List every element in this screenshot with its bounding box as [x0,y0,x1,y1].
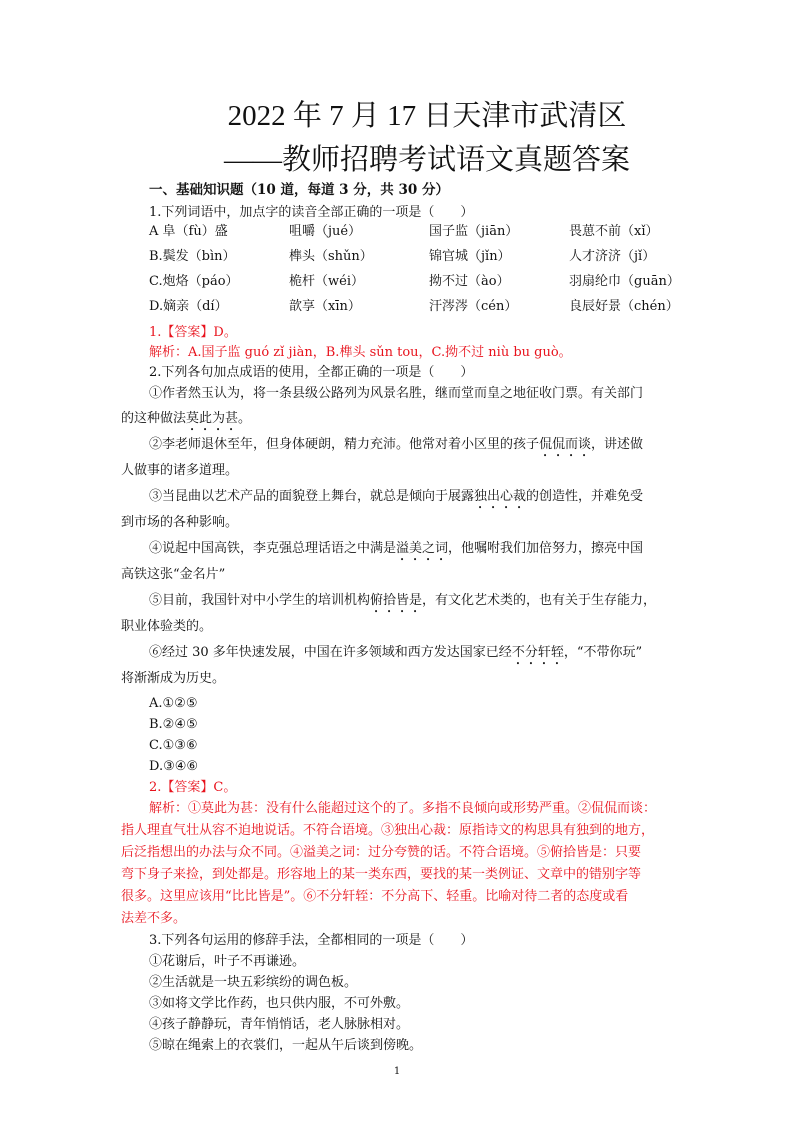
q1-answer: 1.【答案】D。 [149,324,237,342]
q2-answer: 2.【答案】C。 [149,779,236,797]
q1-stem: 1.下列词语中，加点字的读音全部正确的一项是（ ） [149,204,473,222]
text-run: ④说起中国高铁，李克强总理话语之中满是 [149,541,396,556]
q1-option-cell: 歆享（xīn） [289,298,361,316]
q3-item-1: ①花谢后，叶子不再谦逊。 [149,953,305,971]
document-page: 2022 年 7 月 17 日天津市武清区 ——教师招聘考试语文真题答案 一、基… [0,0,794,1123]
q2-item-3-line1: ③当昆曲以艺术产品的面貌登上舞台，就总是倾向于展露独出心裁的创造性，并难免受 [149,488,643,512]
q2-item-2-line2: 人做事的诸多道理。 [121,462,238,480]
q3-item-5: ⑤晾在绳索上的衣裳们，一起从午后谈到傍晚。 [149,1037,422,1055]
q2-analysis-line2: 指人理直气壮从容不迫地说话。不符合语境。③独出心裁：原指诗文的构思具有独到的地方… [121,822,654,840]
document-title-line2: ——教师招聘考试语文真题答案 [0,142,794,178]
emphasized-idiom: 不分轩轾 [512,645,564,660]
q2-choice-d: D.③④⑥ [149,758,198,776]
q2-analysis-line6: 法差不多。 [121,910,186,928]
emphasized-idiom: 独出心裁 [474,489,526,504]
q2-item-6-line1: ⑥经过 30 多年快速发展，中国在许多领域和西方发达国家已经不分轩轾，“不带你玩… [149,644,642,668]
q2-item-2-line1: ②李老师退休至年，但身体硬朗，精力充沛。他常对着小区里的孩子侃侃而谈，讲述做 [149,436,643,460]
section-heading: 一、基础知识题（10 道，每道 3 分，共 30 分） [149,180,449,200]
q2-item-4-line2: 高铁这张“金名片” [121,566,225,584]
q2-item-1-line1: ①作者然玉认为，将一条县级公路列为风景名胜，继而堂而皇之地征收门票。有关部门 [149,385,643,403]
text-run: ，“不带你玩” [564,645,642,660]
q2-item-4-line1: ④说起中国高铁，李克强总理话语之中满是溢美之词，他嘱咐我们加倍努力，擦亮中国 [149,540,643,564]
emphasized-idiom: 溢美之词 [396,541,448,556]
q2-item-6-line2: 将渐渐成为历史。 [121,670,225,688]
q3-item-3: ③如将文学比作药，也只供内服，不可外敷。 [149,995,409,1013]
text-run: ，有文化艺术类的，也有关于生存能力， [422,593,656,608]
q2-analysis-line3: 后泛指想出的办法与众不同。④溢美之词：过分夸赞的话。不符合语境。⑤俯拾皆是：只要 [121,844,641,862]
emphasized-idiom: 侃侃而谈 [539,437,591,452]
q2-item-1-line2: 的这种做法莫此为甚。 [121,410,251,434]
q1-option-cell: 桅杆（wéi） [289,273,364,291]
q2-choice-b: B.②④⑤ [149,716,198,734]
document-title-line1: 2022 年 7 月 17 日天津市武清区 [0,98,794,134]
q2-analysis-line1: 解析：①莫此为甚：没有什么能超过这个的了。多指不良倾向或形势严重。②侃侃而谈： [149,800,656,818]
q2-analysis-line5: 很多。这里应该用“比比皆是”。⑥不分轩轾：不分高下、轻重。比喻对待二者的态度或看 [121,888,628,906]
q1-option-cell: 榫头（shǔn） [289,248,373,266]
q1-option-cell: B.鬓发（bìn） [149,248,236,266]
text-run: ③当昆曲以艺术产品的面貌登上舞台，就总是倾向于展露 [149,489,474,504]
q2-choice-a: A.①②⑤ [149,695,197,713]
q1-option-cell: 人才济济（jǐ） [569,248,655,266]
q1-option-cell: C.炮烙（páo） [149,273,239,291]
text-run: ⑤目前，我国针对中小学生的培训机构 [149,593,370,608]
text-run: ，讲述做 [591,437,643,452]
q2-item-5-line2: 职业体验类的。 [121,618,212,636]
q1-option-cell: 拗不过（ào） [429,273,510,291]
q3-item-4: ④孩子静静玩，青年悄悄话，老人脉脉相对。 [149,1016,409,1034]
q1-analysis: 解析：A.国子监 guó zǐ jiàn，B.榫头 sǔn tou，C.拗不过 … [149,344,572,362]
q1-option-cell: A 阜（fù）盛 [149,223,228,241]
q1-option-cell: 良辰好景（chén） [569,298,679,316]
emphasized-idiom: 莫此为甚 [186,411,238,426]
q2-stem: 2.下列各句加点成语的使用，全都正确的一项是（ ） [149,364,473,382]
q1-option-cell: D.嫡亲（dí） [149,298,228,316]
q1-option-cell: 锦官城（jǐn） [429,248,511,266]
q3-item-2: ②生活就是一块五彩缤纷的调色板。 [149,974,357,992]
text-run: ②李老师退休至年，但身体硬朗，精力充沛。他常对着小区里的孩子 [149,437,539,452]
q1-option-cell: 国子监（jiān） [429,223,518,241]
text-run: ⑥经过 30 多年快速发展，中国在许多领域和西方发达国家已经 [149,645,512,660]
q1-option-cell: 羽扇纶巾（guān） [569,273,680,291]
q3-stem: 3.下列各句运用的修辞手法，全都相同的一项是（ ） [149,932,473,950]
text-run: 的这种做法 [121,411,186,426]
page-number: 1 [0,1066,794,1077]
q2-item-3-line2: 到市场的各种影响。 [121,514,238,532]
text-run: 的创造性，并难免受 [526,489,643,504]
q1-option-cell: 畏葸不前（xǐ） [569,223,659,241]
q1-option-cell: 咀嚼（jué） [289,223,361,241]
q1-option-cell: 汗涔涔（cén） [429,298,517,316]
text-run: ，他嘱咐我们加倍努力，擦亮中国 [448,541,643,556]
q2-item-5-line1: ⑤目前，我国针对中小学生的培训机构俯拾皆是，有文化艺术类的，也有关于生存能力， [149,592,656,616]
q2-analysis-line4: 弯下身子来捡，到处都是。形容地上的某一类东西，要找的某一类例证、文章中的错别字等 [121,866,641,884]
text-run: 。 [238,411,251,426]
q2-choice-c: C.①③⑥ [149,737,198,755]
emphasized-idiom: 俯拾皆是 [370,593,422,608]
